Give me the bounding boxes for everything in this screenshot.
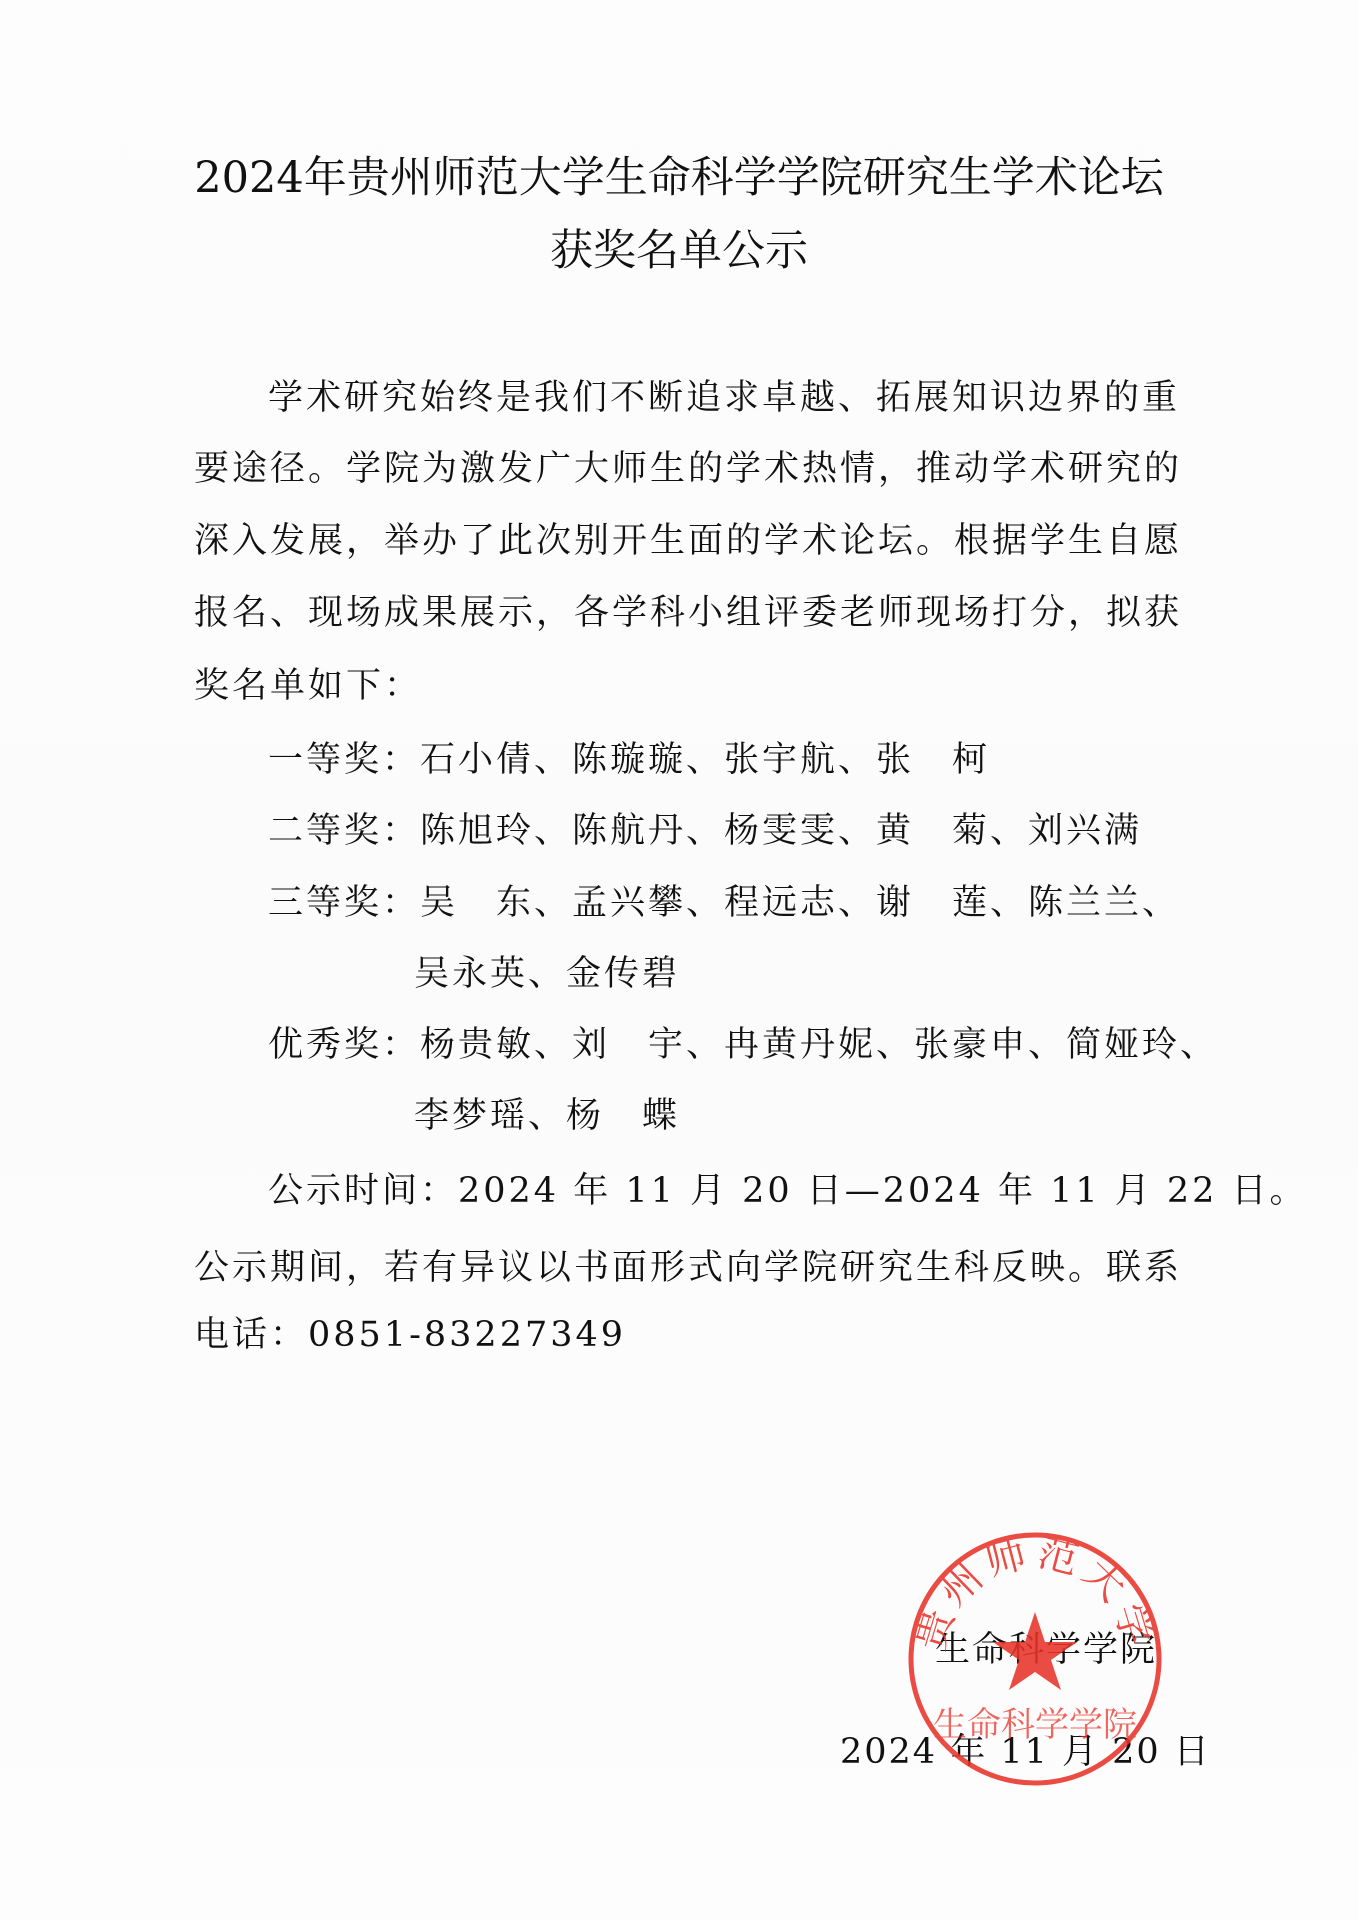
award-label: 一等奖： [268, 740, 420, 780]
notice-objection: 公示期间，若有异议以书面形式向学院研究生科反映。联系 [194, 1243, 1182, 1293]
award-third-prize-continued: 吴永英、金传碧 [414, 949, 680, 999]
award-names: 陈旭玲、陈航丹、杨雯雯、黄 菊、刘兴满 [420, 811, 1142, 851]
award-names: 杨贵敏、刘 宇、冉黄丹妮、张豪申、简娅玲、 [420, 1025, 1218, 1065]
award-names: 石小倩、陈璇璇、张宇航、张 柯 [420, 740, 990, 780]
signature-org: 生命科学学院 [935, 1625, 1157, 1675]
award-first-prize: 一等奖：石小倩、陈璇璇、张宇航、张 柯 [268, 735, 990, 785]
notice-period: 公示时间：2024 年 11 月 20 日—2024 年 11 月 22 日。 [268, 1166, 1308, 1216]
intro-line-3: 深入发展，举办了此次别开生面的学术论坛。根据学生自愿 [194, 516, 1182, 566]
award-third-prize: 三等奖：吴 东、孟兴攀、程远志、谢 莲、陈兰兰、 [268, 878, 1180, 928]
document-title-line-2: 获奖名单公示 [0, 223, 1358, 279]
intro-line-5: 奖名单如下： [194, 661, 422, 711]
intro-line-4: 报名、现场成果展示，各学科小组评委老师现场打分，拟获 [194, 588, 1182, 638]
award-label: 优秀奖： [268, 1025, 420, 1065]
award-excellence-prize: 优秀奖：杨贵敏、刘 宇、冉黄丹妮、张豪申、简娅玲、 [268, 1020, 1218, 1070]
intro-line-1: 学术研究始终是我们不断追求卓越、拓展知识边界的重 [268, 373, 1180, 423]
award-excellence-prize-continued: 李梦瑶、杨 蝶 [414, 1091, 680, 1141]
award-second-prize: 二等奖：陈旭玲、陈航丹、杨雯雯、黄 菊、刘兴满 [268, 806, 1142, 856]
document-page: 2024年贵州师范大学生命科学学院研究生学术论坛 获奖名单公示 学术研究始终是我… [0, 0, 1358, 1920]
award-label: 二等奖： [268, 811, 420, 851]
award-names: 吴 东、孟兴攀、程远志、谢 莲、陈兰兰、 [420, 883, 1180, 923]
signature-date: 2024 年 11 月 20 日 [840, 1727, 1211, 1777]
document-title-line-1: 2024年贵州师范大学生命科学学院研究生学术论坛 [0, 150, 1358, 206]
award-label: 三等奖： [268, 883, 420, 923]
intro-line-2: 要途径。学院为激发广大师生的学术热情，推动学术研究的 [194, 444, 1182, 494]
notice-contact-phone: 电话：0851-83227349 [194, 1310, 626, 1360]
